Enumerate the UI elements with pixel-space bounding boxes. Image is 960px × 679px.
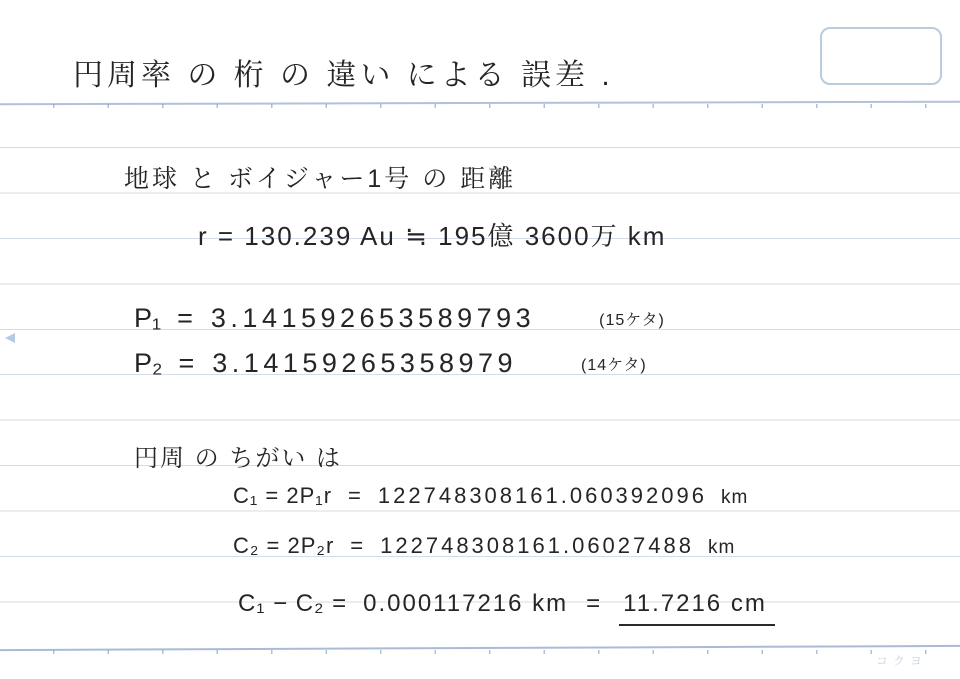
note-title: 円周率 の 桁 の 違い による 誤差 . — [73, 50, 614, 94]
pi1-digit-count: (15ケタ) — [599, 307, 665, 330]
c1-lhs: C₁ = 2P₁r — [233, 483, 332, 509]
top-rule-ticks — [0, 104, 960, 108]
bottom-rule-ticks — [0, 650, 960, 654]
equals-sign: = — [350, 533, 366, 559]
distance-heading: 地球 と ボイジャー1号 の 距離 — [124, 159, 516, 195]
equals-sign: = — [348, 483, 364, 509]
c2-value: 122748308161.06027488 — [380, 533, 694, 559]
difference-value-km: 0.000117216 km — [363, 590, 568, 618]
brand-logo: コクヨ — [876, 652, 927, 669]
pi-value-row-1: P₁ = 3.141592653589793 (15ケタ) — [134, 303, 665, 334]
radius-formula: r = 130.239 Au ≒ 195億 3600万 km — [198, 216, 666, 253]
pi2-digit-count: (14ケタ) — [581, 352, 647, 375]
page-edge-marker — [5, 333, 15, 343]
c1-formula-row: C₁ = 2P₁r = 122748308161.060392096 km — [233, 483, 748, 509]
c2-unit: km — [708, 537, 735, 559]
notebook-page: コクヨ 円周率 の 桁 の 違い による 誤差 . 地球 と ボイジャー1号 の… — [0, 0, 960, 679]
date-box — [820, 27, 942, 85]
equals-sign: = — [177, 303, 193, 334]
pi1-label: P₁ — [134, 303, 161, 334]
pi-value-row-2: P₂ = 3.14159265358979 (14ケタ) — [134, 348, 647, 379]
difference-formula-row: C₁ − C₂ = 0.000117216 km = 11.7216 cm — [238, 590, 775, 626]
pi2-label: P₂ — [134, 348, 163, 379]
pi2-value: 3.14159265358979 — [212, 348, 517, 379]
circumference-heading: 円周 の ちがい は — [134, 438, 342, 473]
pi1-value: 3.141592653589793 — [211, 303, 535, 334]
c1-value: 122748308161.060392096 — [378, 483, 707, 509]
c1-unit: km — [721, 487, 748, 509]
c2-formula-row: C₂ = 2P₂r = 122748308161.06027488 km — [233, 533, 735, 559]
result-underlined: 11.7216 cm — [619, 590, 775, 626]
c2-lhs: C₂ = 2P₂r — [233, 533, 334, 559]
equals-sign: = — [586, 590, 601, 618]
equals-sign: = — [179, 348, 195, 379]
difference-lhs: C₁ − C₂ = — [238, 590, 347, 618]
